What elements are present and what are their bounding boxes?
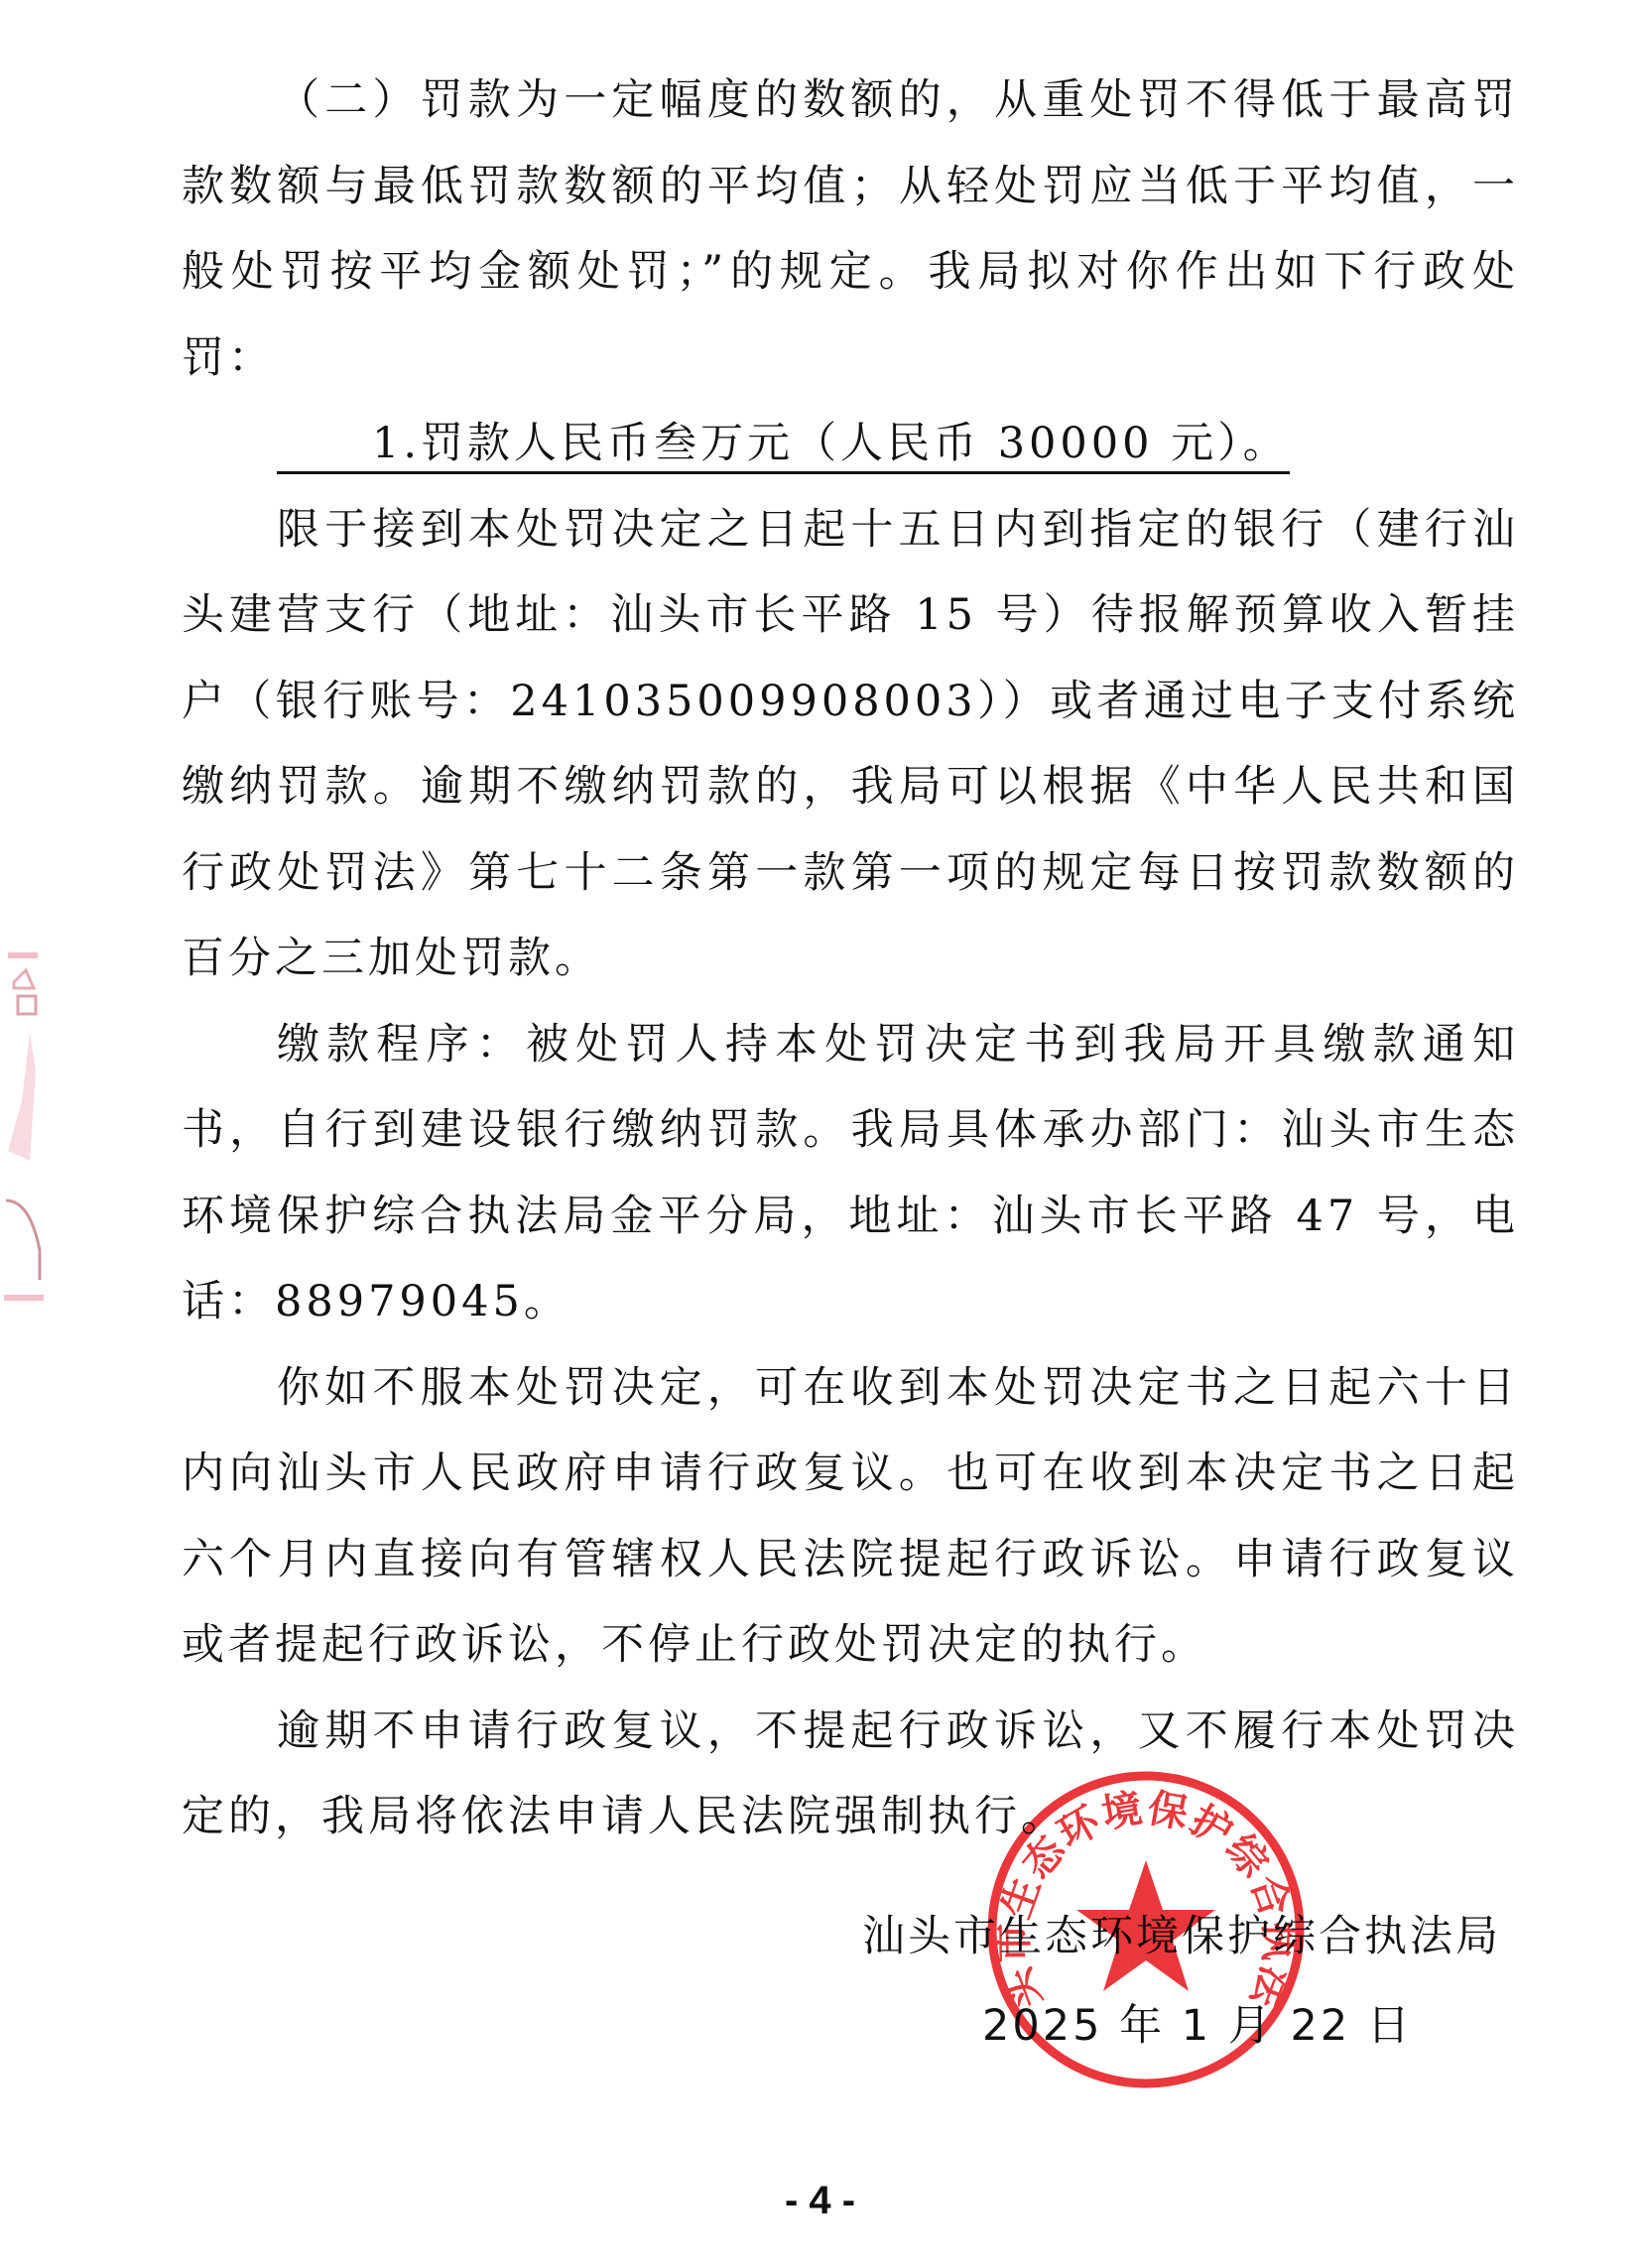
paragraph-enforcement: 逾期不申请行政复议，不提起行政诉讼，又不履行本处罚决定的，我局将依法申请人民法院… xyxy=(182,1689,1519,1860)
paragraph-penalty-rule: （二）罚款为一定幅度的数额的，从重处罚不得低于最高罚款数额与最低罚款数额的平均值… xyxy=(182,58,1519,401)
partial-seal-mark-icon xyxy=(0,952,52,1310)
paragraph-payment-deadline: 限于接到本处罚决定之日起十五日内到指定的银行（建行汕头建营支行（地址：汕头市长平… xyxy=(182,487,1519,1002)
page-number: - 4 - xyxy=(0,2179,1640,2223)
paragraph-fine-amount: 1.罚款人民币叁万元（人民币 30000 元）。 xyxy=(182,401,1519,487)
paragraph-payment-procedure: 缴款程序：被处罚人持本处罚决定书到我局开具缴款通知书，自行到建设银行缴纳罚款。我… xyxy=(182,1002,1519,1345)
issuing-authority-signature: 汕头市生态环境保护综合执法局 xyxy=(862,1903,1501,1963)
document-body: （二）罚款为一定幅度的数额的，从重处罚不得低于最高罚款数额与最低罚款数额的平均值… xyxy=(182,58,1519,1860)
issue-date: 2025 年 1 月 22 日 xyxy=(982,1992,1413,2053)
fine-amount-underlined: 1.罚款人民币叁万元（人民币 30000 元）。 xyxy=(277,416,1290,474)
document-page: （二）罚款为一定幅度的数额的，从重处罚不得低于最高罚款数额与最低罚款数额的平均值… xyxy=(0,0,1640,2268)
paragraph-appeal-rights: 你如不服本处罚决定，可在收到本处罚决定书之日起六十日内向汕头市人民政府申请行政复… xyxy=(182,1345,1519,1689)
